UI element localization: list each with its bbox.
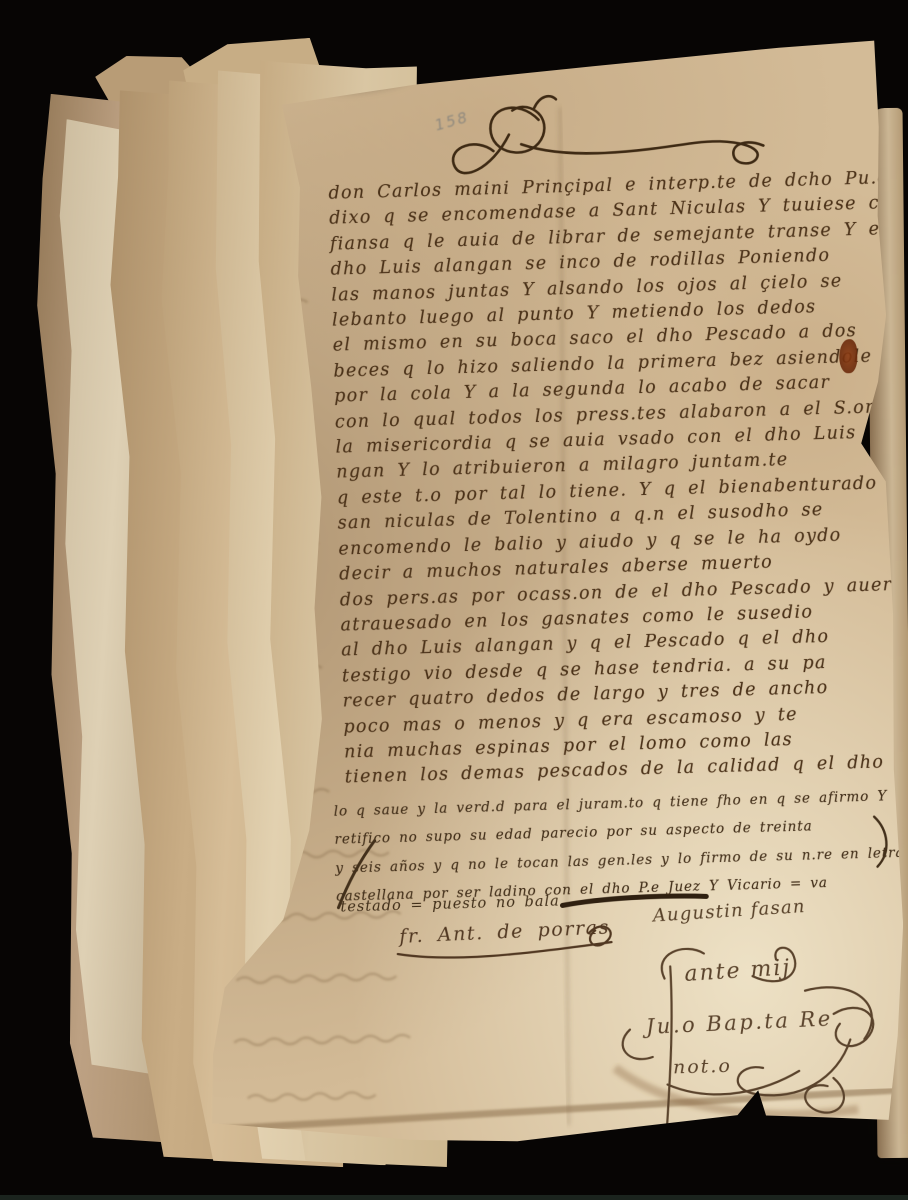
heading-rubric xyxy=(451,90,764,173)
manuscript-text-block-small: lo q saue y la verd.d para el juram.to q… xyxy=(333,782,908,912)
bottom-deckle-edge xyxy=(220,1090,896,1129)
photograph-of-manuscript-bundle: 158 don Carlos maini Prinçipal e interp.… xyxy=(0,0,908,1200)
manuscript-text-block: don Carlos maini Prinçipal e interp.te d… xyxy=(328,166,901,791)
stain-arc xyxy=(615,1061,858,1119)
notary-line-notario: not.o xyxy=(673,1055,732,1079)
rust-stain-spot xyxy=(839,339,858,373)
table-edge-strip xyxy=(0,1195,908,1200)
